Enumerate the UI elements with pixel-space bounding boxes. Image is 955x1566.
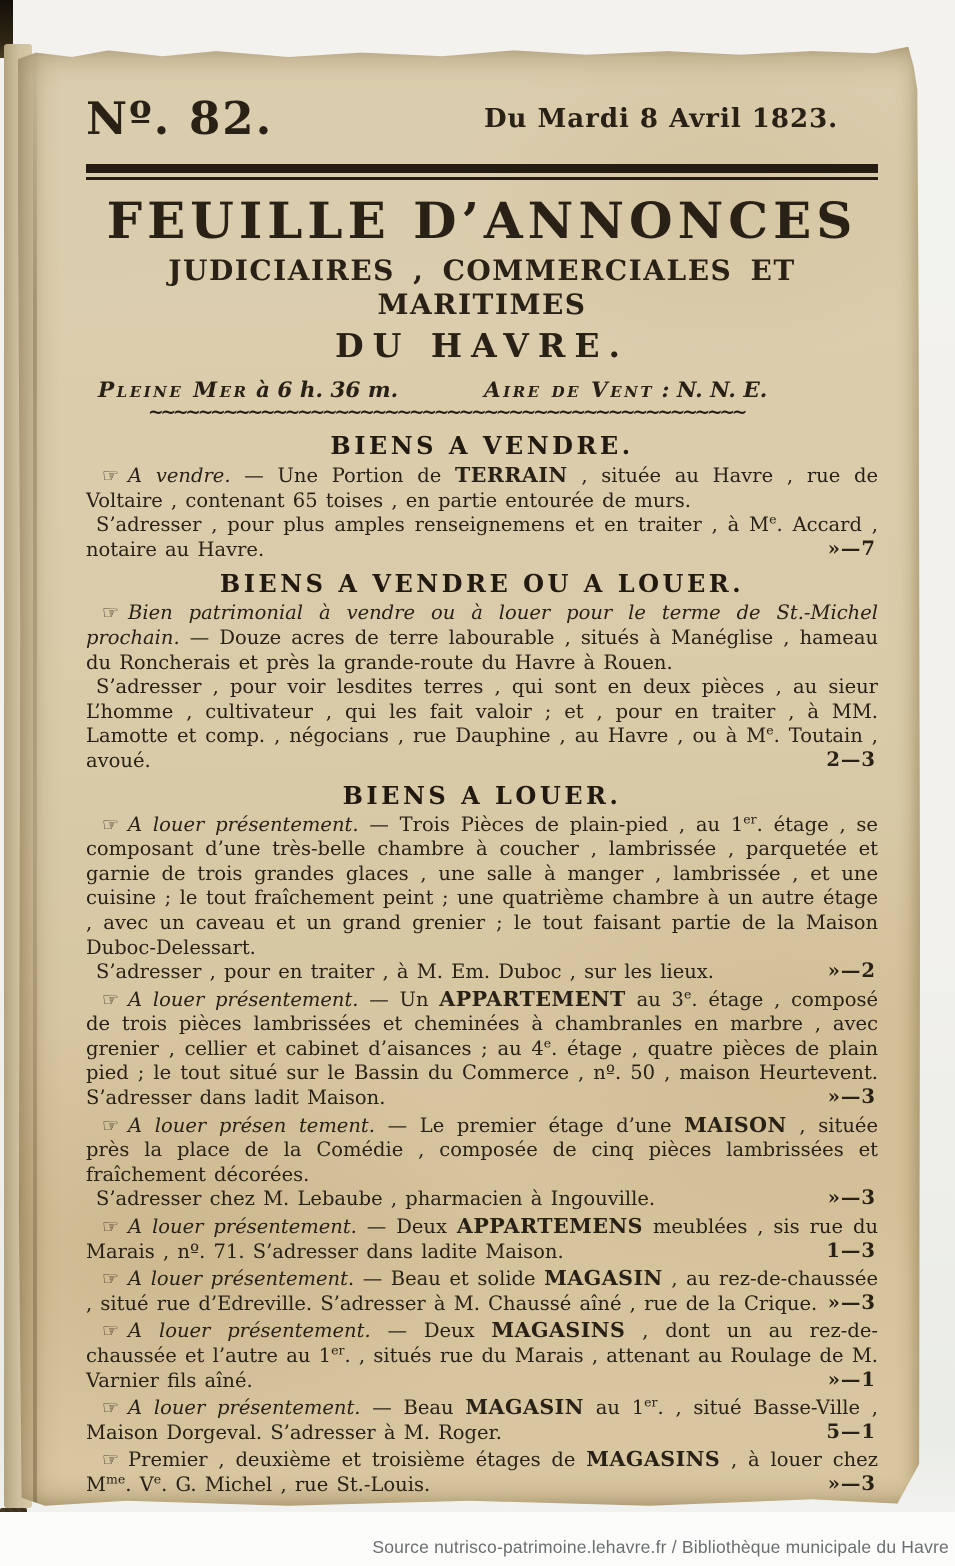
tide-wind-line: Pleine Mer à 6 h. 36 m. Aire de Vent : N… [86, 378, 878, 406]
announcement-paragraph: ☞A vendre. — Une Portion de TERRAIN , si… [86, 463, 878, 513]
source-bar: Source nutrisco-patrimoine.lehavre.fr / … [0, 1512, 955, 1566]
insertion-count: 1—3 [826, 1239, 876, 1264]
insertion-count: »—3 [828, 1186, 876, 1211]
insertion-count: 5—1 [826, 1420, 876, 1445]
text-segment: S’adresser , pour voir lesdites terres ,… [86, 675, 878, 747]
announcement-paragraph: ☞A louer présentement. — Un APPARTEMENT … [86, 987, 878, 1111]
announcement-paragraph: ☞A louer présentement. — Deux APPARTEMEN… [86, 1214, 878, 1264]
insertion-count: »—2 [828, 959, 876, 984]
double-rule [86, 164, 878, 180]
manicule-icon: ☞ [102, 465, 119, 487]
text-segment: TERRAIN [455, 463, 568, 487]
section-heading: BIENS A VENDRE OU A LOUER. [86, 569, 878, 598]
manicule-icon: ☞ [102, 1449, 119, 1471]
manicule-icon: ☞ [102, 989, 119, 1011]
text-segment: A louer présentement. [128, 1396, 360, 1419]
wavy-divider: ~~~~~~~~~~~~~~~~~~~~~~~~~~~~~~~~~~~~~~~~… [50, 406, 842, 424]
manicule-icon: ☞ [102, 1216, 119, 1238]
insertion-count: »—1 [828, 1368, 876, 1393]
text-segment: — Deux [357, 1215, 457, 1238]
wind-value: : N. N. E. [654, 378, 767, 403]
contact-paragraph: S’adresser chez M. Lebaube , pharmacien … [86, 1187, 878, 1212]
text-segment: APPARTEMENS [457, 1214, 643, 1238]
page-title: FEUILLE D’ANNONCES [86, 192, 878, 250]
text-segment: — Trois Pièces de plain-pied , au 1 [359, 813, 744, 836]
section-heading: BIENS A LOUER. [86, 781, 878, 810]
manicule-icon: ☞ [102, 814, 119, 836]
text-segment: A louer présentement. [128, 1215, 357, 1238]
text-segment: MAGASINS [491, 1318, 625, 1342]
manicule-icon: ☞ [102, 1320, 119, 1342]
contact-paragraph: S’adresser , pour plus amples renseignem… [86, 513, 878, 562]
text-segment: au 3 [626, 988, 684, 1011]
manicule-icon: ☞ [102, 602, 119, 624]
scan-backdrop: Nº. 82. Du Mardi 8 Avril 1823. FEUILLE D… [0, 0, 955, 1566]
text-segment: A louer présentement. [128, 1267, 354, 1290]
insertion-count: »—3 [828, 1472, 876, 1497]
manicule-icon: ☞ [102, 1397, 119, 1419]
section: BIENS A VENDRE OU A LOUER.☞Bien patrimon… [86, 569, 878, 773]
announcement-paragraph: ☞A louer présentement. — Deux MAGASINS ,… [86, 1318, 878, 1393]
announcement-paragraph: ☞Bien patrimonial à vendre ou à louer po… [86, 601, 878, 675]
text-segment: Premier , deuxième et troisième étages d… [128, 1448, 586, 1471]
announcement-paragraph: ☞A louer présen tement. — Le premier éta… [86, 1113, 878, 1188]
text-segment: A vendre. [128, 464, 230, 487]
manicule-icon: ☞ [102, 1115, 119, 1137]
wind-info: Aire de Vent : N. N. E. [484, 378, 767, 403]
wind-label: Aire de Vent [484, 378, 654, 403]
text-segment: — Beau [361, 1396, 466, 1419]
text-segment: APPARTEMENT [439, 987, 626, 1011]
contact-paragraph: S’adresser , pour voir lesdites terres ,… [86, 675, 878, 773]
announcement-paragraph: ☞A louer présentement. — Beau et solide … [86, 1266, 878, 1316]
insertion-count: »—3 [828, 1291, 876, 1316]
text-segment: . V [125, 1473, 153, 1496]
announcements-body: BIENS A VENDRE.☞A vendre. — Une Portion … [86, 431, 878, 1498]
text-segment: S’adresser chez M. Lebaube , pharmacien … [96, 1187, 655, 1210]
text-segment: S’adresser , pour en traiter , à M. Em. … [96, 960, 714, 983]
text-segment: au 1 [584, 1396, 644, 1419]
text-segment: MAISON [684, 1113, 787, 1137]
text-segment: e [154, 1471, 161, 1486]
paper-fold [33, 46, 37, 1508]
section-heading: BIENS A VENDRE. [86, 431, 878, 460]
text-segment: A louer présentement. [128, 988, 358, 1011]
text-segment: A louer présentement. [128, 1319, 371, 1342]
text-segment: A louer présentement. [128, 813, 359, 836]
section: BIENS A VENDRE.☞A vendre. — Une Portion … [86, 431, 878, 562]
date-line: Du Mardi 8 Avril 1823. [484, 104, 838, 134]
text-segment: MAGASIN [465, 1395, 584, 1419]
text-segment: me [106, 1471, 125, 1486]
page-content: Nº. 82. Du Mardi 8 Avril 1823. FEUILLE D… [18, 46, 920, 1498]
text-segment: — Beau et solide [354, 1267, 544, 1290]
text-segment: er [331, 1343, 344, 1358]
text-segment: . G. Michel , rue St.-Louis. [161, 1473, 430, 1496]
text-segment: — Deux [371, 1319, 492, 1342]
contact-paragraph: S’adresser , pour en traiter , à M. Em. … [86, 960, 878, 985]
source-credit: Source nutrisco-patrimoine.lehavre.fr / … [372, 1537, 949, 1558]
text-segment: MAGASIN [544, 1266, 663, 1290]
insertion-count: »—7 [828, 537, 876, 562]
insertion-count: 2—3 [826, 748, 876, 773]
text-segment: — Le premier étage d’une [375, 1114, 684, 1137]
text-segment: S’adresser , pour plus amples renseignem… [96, 513, 769, 536]
masthead: Nº. 82. Du Mardi 8 Avril 1823. [86, 90, 878, 156]
text-segment: A louer présen tement. [128, 1114, 375, 1137]
text-segment: MAGASINS [586, 1447, 720, 1471]
tide-info: Pleine Mer à 6 h. 36 m. [98, 378, 398, 403]
text-segment: — Une Portion de [231, 464, 455, 487]
announcement-paragraph: ☞Premier , deuxième et troisième étages … [86, 1447, 878, 1497]
text-segment: er [743, 811, 756, 826]
text-segment: e [769, 512, 776, 527]
tide-label: Pleine Mer [98, 378, 249, 403]
insertion-count: »—3 [828, 1085, 876, 1110]
section: BIENS A LOUER.☞A louer présentement. — T… [86, 781, 878, 1498]
announcement-paragraph: ☞A louer présentement. — Trois Pièces de… [86, 813, 878, 961]
newspaper-page: Nº. 82. Du Mardi 8 Avril 1823. FEUILLE D… [18, 46, 920, 1508]
manicule-icon: ☞ [102, 1268, 119, 1290]
subtitle-line2: DU HAVRE. [86, 326, 878, 366]
announcement-paragraph: ☞A louer présentement. — Beau MAGASIN au… [86, 1395, 878, 1445]
text-segment: — Douze acres de terre labourable , situ… [86, 626, 878, 674]
text-segment: er [644, 1395, 657, 1410]
text-segment: — Un [359, 988, 440, 1011]
subtitle-line1: JUDICIAIRES , COMMERCIALES ET MARITIMES [86, 254, 878, 322]
tide-value: à 6 h. 36 m. [249, 378, 399, 403]
text-segment: e [766, 723, 773, 738]
